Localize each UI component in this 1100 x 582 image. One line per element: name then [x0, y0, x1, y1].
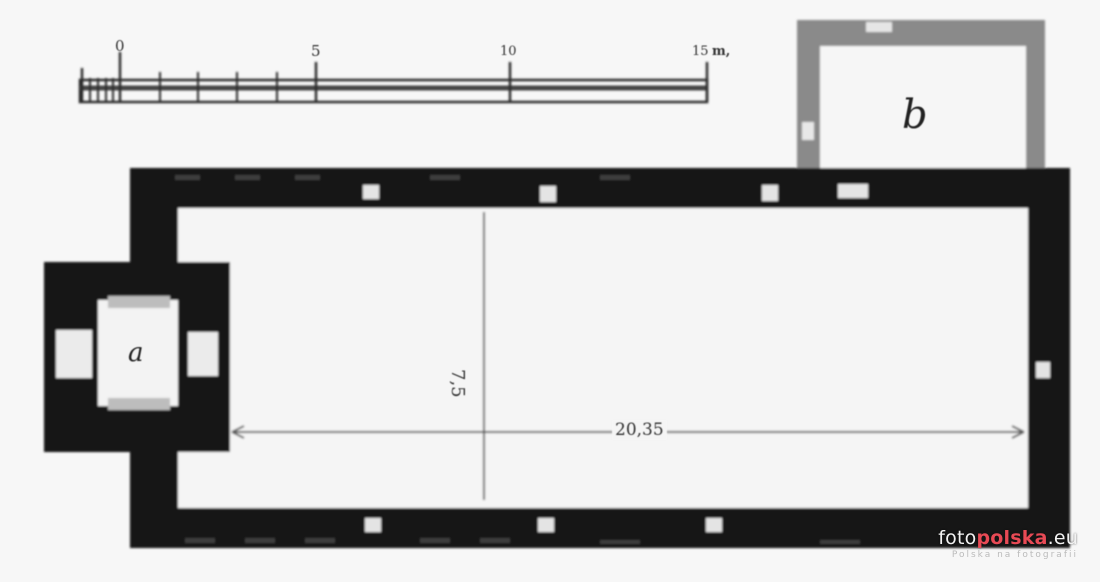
watermark-eu: .eu [1048, 527, 1078, 549]
watermark: fotopolska.eu Polska na fotografii [938, 528, 1078, 560]
scale-unit-label: m, [712, 44, 730, 59]
nave-width-label: 7,5 [447, 366, 468, 401]
nave-walls [130, 168, 1070, 548]
scale-bar [80, 52, 707, 102]
scale-label-5: 5 [311, 42, 321, 60]
watermark-tagline: Polska na fotografii [938, 550, 1078, 560]
scale-label-10: 10 [500, 44, 517, 59]
scale-label-15: 15 [692, 44, 709, 59]
scale-label-0: 0 [115, 37, 125, 55]
watermark-foto: foto [938, 527, 976, 549]
floor-plan-drawing [0, 0, 1100, 582]
nave-length-label: 20,35 [612, 420, 667, 440]
room-label-annex: b [902, 92, 928, 138]
watermark-polska: polska [976, 527, 1047, 549]
room-label-tower: a [128, 338, 144, 368]
